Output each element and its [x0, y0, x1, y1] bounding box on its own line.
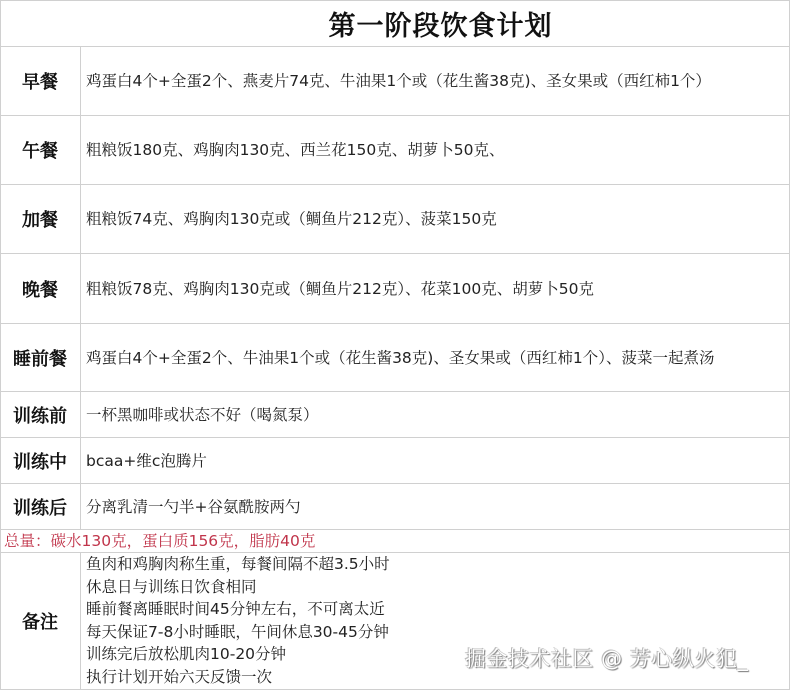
meal-row-intra-workout: 训练中 bcaa+维c泡腾片	[0, 438, 790, 483]
note-line: 鱼肉和鸡胸肉称生重，每餐间隔不超3.5小时	[86, 553, 390, 576]
meal-label: 训练中	[0, 438, 80, 483]
meal-label: 训练后	[0, 484, 80, 529]
page-title: 第一阶段饮食计划	[0, 0, 791, 46]
title-text: 第一阶段饮食计划	[239, 4, 553, 43]
meal-row-snack: 加餐 粗粮饭74克、鸡胸肉130克或（鲷鱼片212克）、菠菜150克	[0, 185, 790, 253]
meal-row-pre-workout: 训练前 一杯黑咖啡或状态不好（喝氮泵）	[0, 392, 790, 437]
table-border-bottom	[0, 689, 790, 690]
meal-content: 粗粮饭180克、鸡胸肉130克、西兰花150克、胡萝卜50克、	[80, 116, 790, 184]
daily-total: 总量：碳水130克，蛋白质156克，脂肪40克	[4, 530, 315, 552]
meal-label: 午餐	[0, 116, 80, 184]
meal-content: 鸡蛋白4个+全蛋2个、燕麦片74克、牛油果1个或（花生酱38克)、圣女果或（西红…	[80, 47, 790, 115]
meal-content: bcaa+维c泡腾片	[80, 438, 790, 483]
meal-content: 粗粮饭74克、鸡胸肉130克或（鲷鱼片212克）、菠菜150克	[80, 185, 790, 253]
meal-row-lunch: 午餐 粗粮饭180克、鸡胸肉130克、西兰花150克、胡萝卜50克、	[0, 116, 790, 184]
meal-label: 早餐	[0, 47, 80, 115]
meal-label: 加餐	[0, 185, 80, 253]
notes-list: 鱼肉和鸡胸肉称生重，每餐间隔不超3.5小时 休息日与训练日饮食相同 睡前餐离睡眠…	[86, 553, 390, 688]
meal-row-bedtime: 睡前餐 鸡蛋白4个+全蛋2个、牛油果1个或（花生酱38克)、圣女果或（西红柿1个…	[0, 324, 790, 391]
meal-label: 睡前餐	[0, 324, 80, 391]
meal-row-dinner: 晚餐 粗粮饭78克、鸡胸肉130克或（鲷鱼片212克）、花菜100克、胡萝卜50…	[0, 254, 790, 323]
meal-content: 分离乳清一勺半+谷氨酰胺两勺	[80, 484, 790, 529]
meal-content: 一杯黑咖啡或状态不好（喝氮泵）	[80, 392, 790, 437]
meal-row-breakfast: 早餐 鸡蛋白4个+全蛋2个、燕麦片74克、牛油果1个或（花生酱38克)、圣女果或…	[0, 47, 790, 115]
note-line: 执行计划开始六天反馈一次	[86, 666, 390, 689]
meal-content: 粗粮饭78克、鸡胸肉130克或（鲷鱼片212克）、花菜100克、胡萝卜50克	[80, 254, 790, 323]
notes-label: 备注	[0, 553, 80, 689]
note-line: 睡前餐离睡眠时间45分钟左右，不可离太近	[86, 598, 390, 621]
note-line: 休息日与训练日饮食相同	[86, 576, 390, 599]
watermark: 掘金技术社区 @ 芳心纵火犯_	[465, 643, 748, 673]
meal-content: 鸡蛋白4个+全蛋2个、牛油果1个或（花生酱38克)、圣女果或（西红柿1个）、菠菜…	[80, 324, 790, 391]
meal-label: 训练前	[0, 392, 80, 437]
meal-label: 晚餐	[0, 254, 80, 323]
note-line: 训练完后放松肌肉10-20分钟	[86, 643, 390, 666]
meal-row-post-workout: 训练后 分离乳清一勺半+谷氨酰胺两勺	[0, 484, 790, 529]
column-divider	[80, 552, 81, 689]
note-line: 每天保证7-8小时睡眠，午间休息30-45分钟	[86, 621, 390, 644]
